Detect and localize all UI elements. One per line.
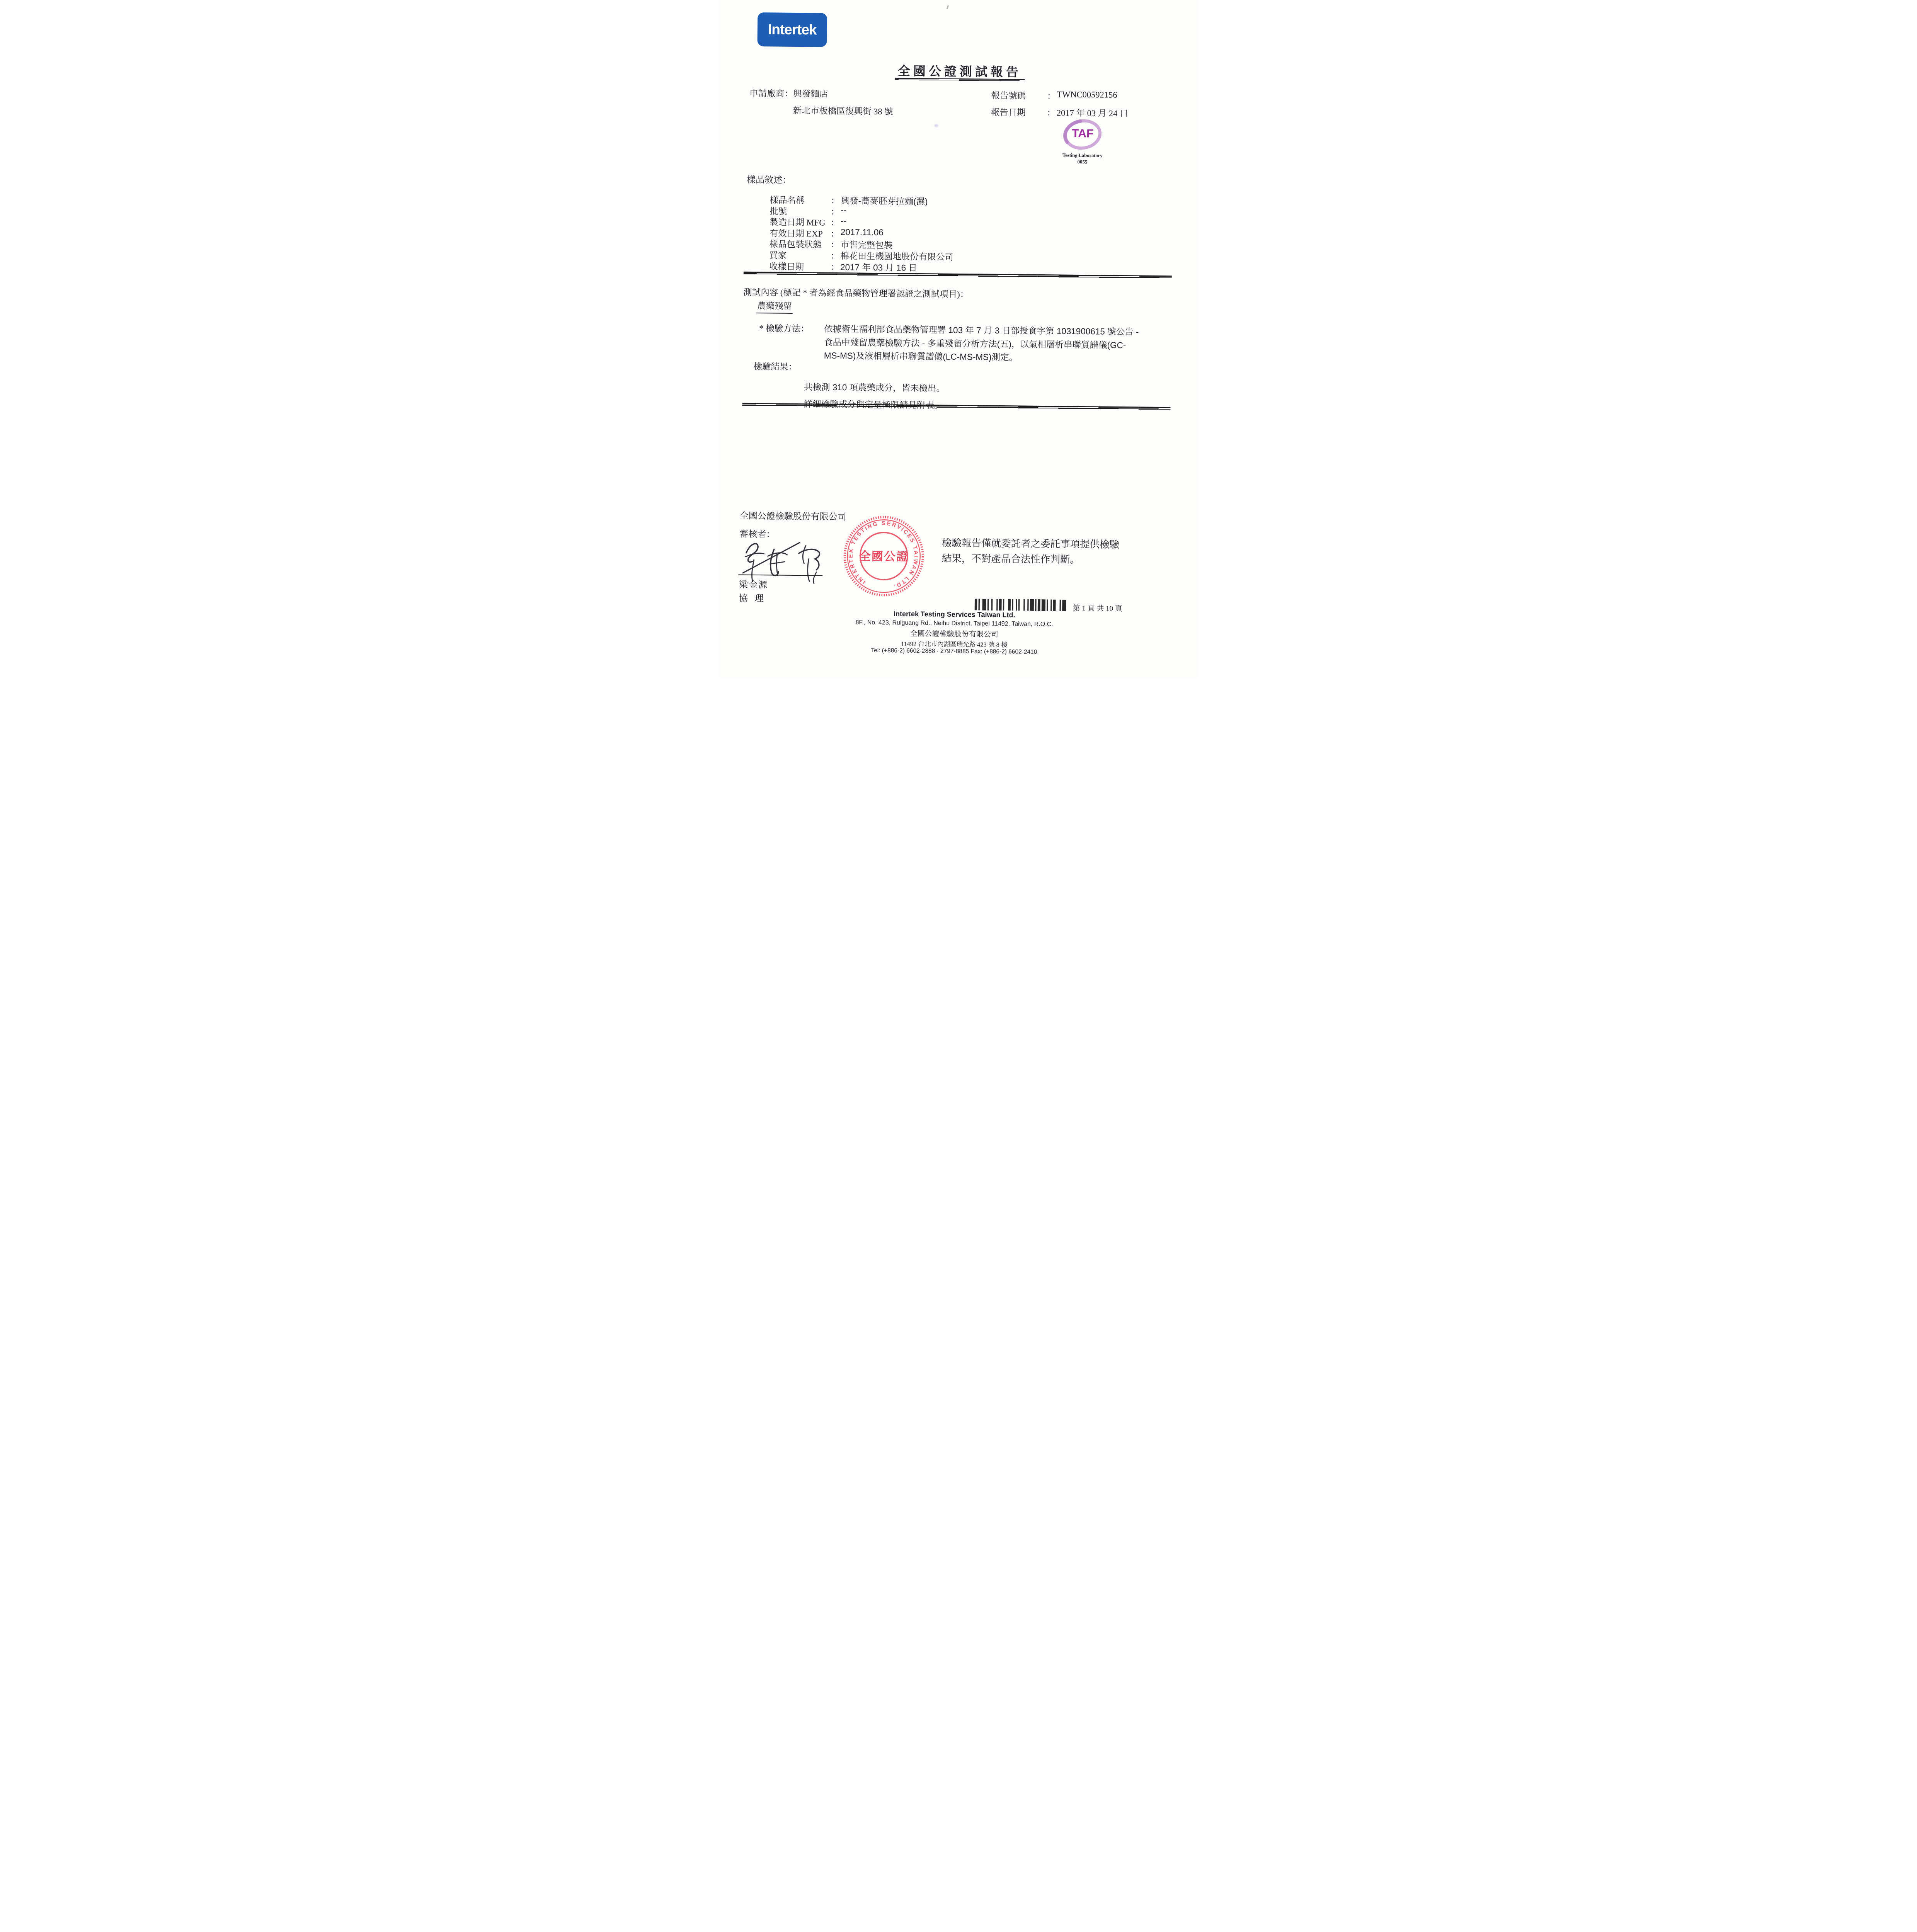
company-stamp-icon: INTERTEK TESTING SERVICES TAIWAN LTD. 全國… (841, 513, 927, 599)
reviewer-name: 梁金源 (739, 578, 768, 591)
sample-row: 買家 ： 棉花田生機園地股份有限公司 (769, 248, 953, 261)
applicant-label: 申請廠商： (749, 87, 793, 121)
method-label: * 檢驗方法： (759, 322, 824, 362)
report-date-value: 2017 年 03 月 24 日 (1057, 106, 1129, 119)
taf-accreditation-mark: TAF Testing Laboratory 0055 (1058, 118, 1108, 165)
applicant-name: 興發麵店 (793, 87, 893, 100)
taf-lab-number: 0055 (1058, 158, 1107, 165)
report-date-label: 報告日期 (991, 105, 1046, 118)
report-number-value: TWNC00592156 (1057, 89, 1117, 102)
reviewer-title: 協 理 (739, 591, 766, 604)
intertek-logo: Intertek (757, 12, 827, 47)
signoff-company: 全國公證檢驗股份有限公司 (740, 509, 846, 523)
sample-row: 樣品名稱 ： 興發-蕎麥胚芽拉麵(濕) (770, 193, 954, 206)
applicant-address: 新北市板橋區復興街 38 號 (793, 104, 893, 117)
disclaimer-statement: 檢驗報告僅就委託者之委託事項提供檢驗結果，不對產品合法性作判斷。 (942, 536, 1126, 568)
sample-value: -- (841, 216, 846, 226)
sample-row: 有效日期 EXP ： 2017.11.06 (770, 226, 954, 239)
sample-description-table: 樣品名稱 ： 興發-蕎麥胚芽拉麵(濕) 批號 ： -- 製造日期 MFG ： -… (769, 193, 954, 272)
taf-swirl-icon: TAF (1062, 119, 1103, 151)
sample-value: -- (841, 205, 846, 215)
sample-value: 2017 年 03 月 16 日 (840, 260, 917, 274)
method-block: * 檢驗方法： 依據衛生福利部食品藥物管理署 103 年 7 月 3 日部授食字… (759, 322, 1142, 366)
intertek-logo-text: Intertek (768, 21, 817, 38)
results-block: 共檢測 310 項農藥成分，皆未檢出。 詳細檢驗成分與定量極限請見附表。 (804, 380, 945, 415)
method-text: 依據衛生福利部食品藥物管理署 103 年 7 月 3 日部授食字第 103190… (824, 323, 1142, 366)
applicant-block: 申請廠商： 興發麵店 新北市板橋區復興街 38 號 (749, 87, 894, 122)
results-label: 檢驗結果： (753, 360, 797, 372)
report-date-row: 報告日期 ： 2017 年 03 月 24 日 (991, 105, 1129, 119)
sample-value: 興發-蕎麥胚芽拉麵(濕) (841, 194, 928, 207)
sample-value: 2017.11.06 (841, 227, 884, 238)
taf-subtitle: Testing Laboratory (1058, 152, 1107, 158)
report-number-row: 報告號碼 ： TWNC00592156 (991, 89, 1129, 102)
sample-section-heading: 樣品敘述： (747, 173, 791, 186)
sample-row: 樣品包裝狀態 ： 市售完整包裝 (769, 238, 953, 250)
result-line: 共檢測 310 項農藥成分，皆未檢出。 (804, 380, 945, 394)
ink-smudge (934, 124, 938, 127)
test-content-heading: 測試內容 (標記 * 者為經食品藥物管理署認證之測試項目)： (743, 286, 969, 300)
sample-row: 製造日期 MFG ： -- (770, 215, 954, 228)
test-report-page: Intertek 全國公證測試報告 申請廠商： 興發麵店 新北市板橋區復興街 3… (719, 0, 1198, 678)
sample-label: 收樣日期 (769, 260, 830, 273)
svg-text:全國公證: 全國公證 (859, 550, 909, 563)
barcode-icon (974, 599, 1067, 611)
taf-letters: TAF (1062, 127, 1103, 141)
report-number-label: 報告號碼 (991, 89, 1046, 102)
section-divider-rule (744, 272, 1172, 279)
scan-artifact (947, 5, 949, 9)
test-item-pesticide-residue: 農藥殘留 (756, 299, 793, 314)
